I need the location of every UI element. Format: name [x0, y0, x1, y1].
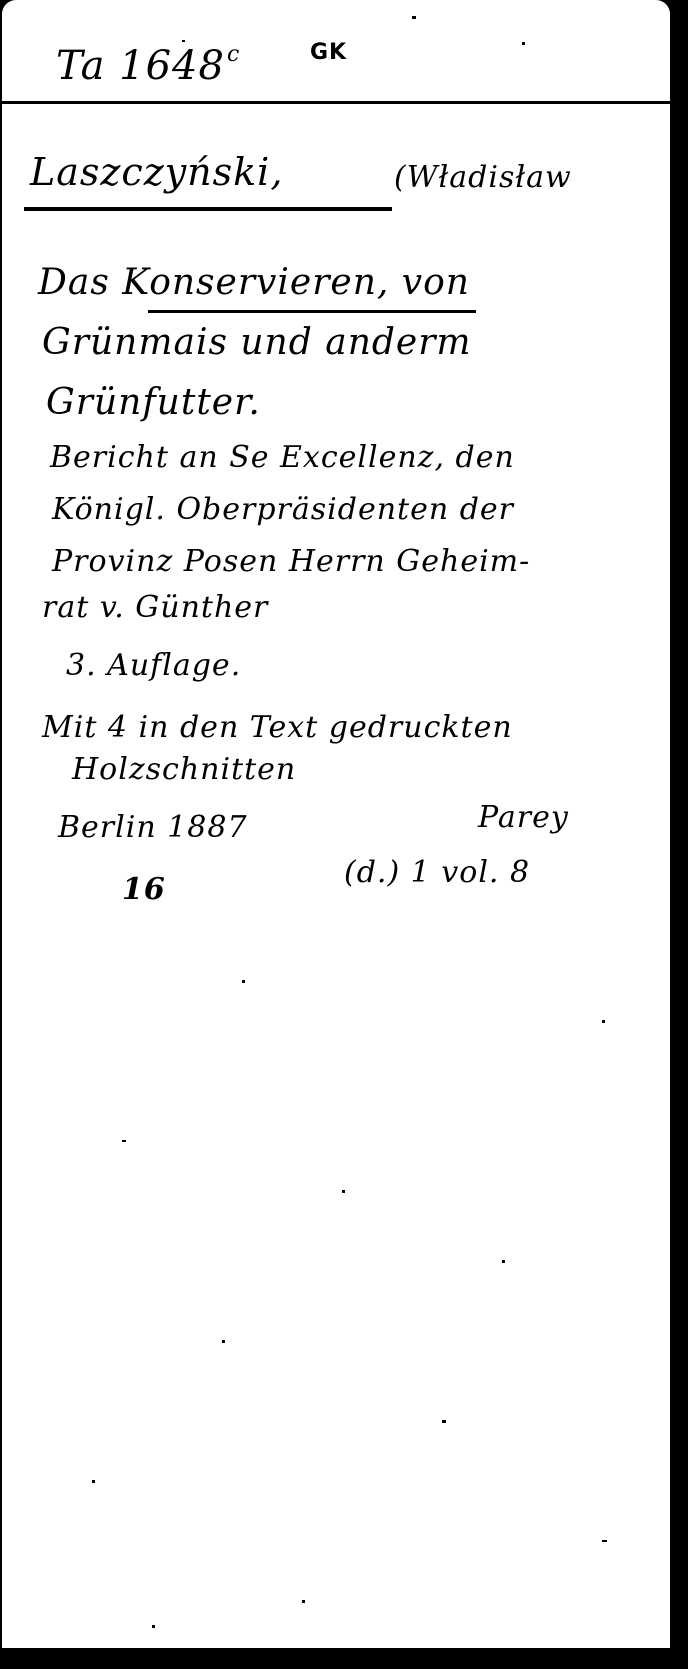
imprint-number: 16 — [122, 872, 166, 907]
scan-speck — [152, 1625, 155, 1628]
scan-speck — [92, 1480, 95, 1483]
scan-speck — [412, 16, 416, 19]
subtitle-line-3: Provinz Posen Herrn Geheim- — [52, 544, 530, 579]
header-divider — [2, 101, 670, 104]
author-underline — [24, 207, 392, 211]
illustrations-line-1: Mit 4 in den Text gedruckten — [42, 710, 513, 745]
subtitle-line-4: rat v. Günther — [42, 590, 268, 625]
scan-speck — [602, 1020, 605, 1023]
author-surname: Laszczyński, — [30, 150, 283, 194]
imprint-binding-volume: (d.) 1 vol. 8 — [344, 855, 530, 890]
shelfmark-number: Ta 1648 — [56, 43, 225, 89]
edition: 3. Auflage. — [66, 648, 241, 683]
scan-speck — [302, 1600, 305, 1603]
scan-speck — [182, 40, 185, 42]
author-forename: (Władisław — [394, 160, 572, 195]
shelfmark-suffix: c — [227, 42, 240, 67]
title-line-1: Das Konservieren, von — [38, 262, 470, 303]
subtitle-line-1: Bericht an Se Excellenz, den — [50, 440, 515, 475]
scan-speck — [602, 1540, 607, 1542]
imprint-place-year: Berlin 1887 — [58, 810, 248, 845]
title-line-2: Grünmais und anderm — [42, 322, 472, 363]
gk-stamp: GK — [310, 40, 347, 65]
title-suffix: von — [402, 262, 470, 303]
scan-speck — [122, 1140, 126, 1142]
subtitle-line-2: Königl. Oberpräsidenten der — [52, 492, 514, 527]
title-prefix: Das — [38, 262, 110, 303]
title-keyword: Konservieren, — [122, 262, 389, 303]
title-keyword-underline — [148, 310, 476, 313]
title-line-3: Grünfutter. — [46, 382, 261, 423]
scan-speck — [442, 1420, 446, 1423]
illustrations-line-2: Holzschnitten — [72, 752, 296, 787]
catalog-card: Ta 1648c GK Laszczyński, (Władisław Das … — [2, 0, 670, 1648]
imprint-publisher: Parey — [478, 800, 569, 835]
scan-speck — [222, 1340, 225, 1343]
scan-speck — [522, 42, 525, 45]
scan-speck — [342, 1190, 345, 1193]
scan-speck — [502, 1260, 505, 1263]
scan-speck — [242, 980, 245, 983]
shelfmark: Ta 1648c — [56, 42, 240, 89]
